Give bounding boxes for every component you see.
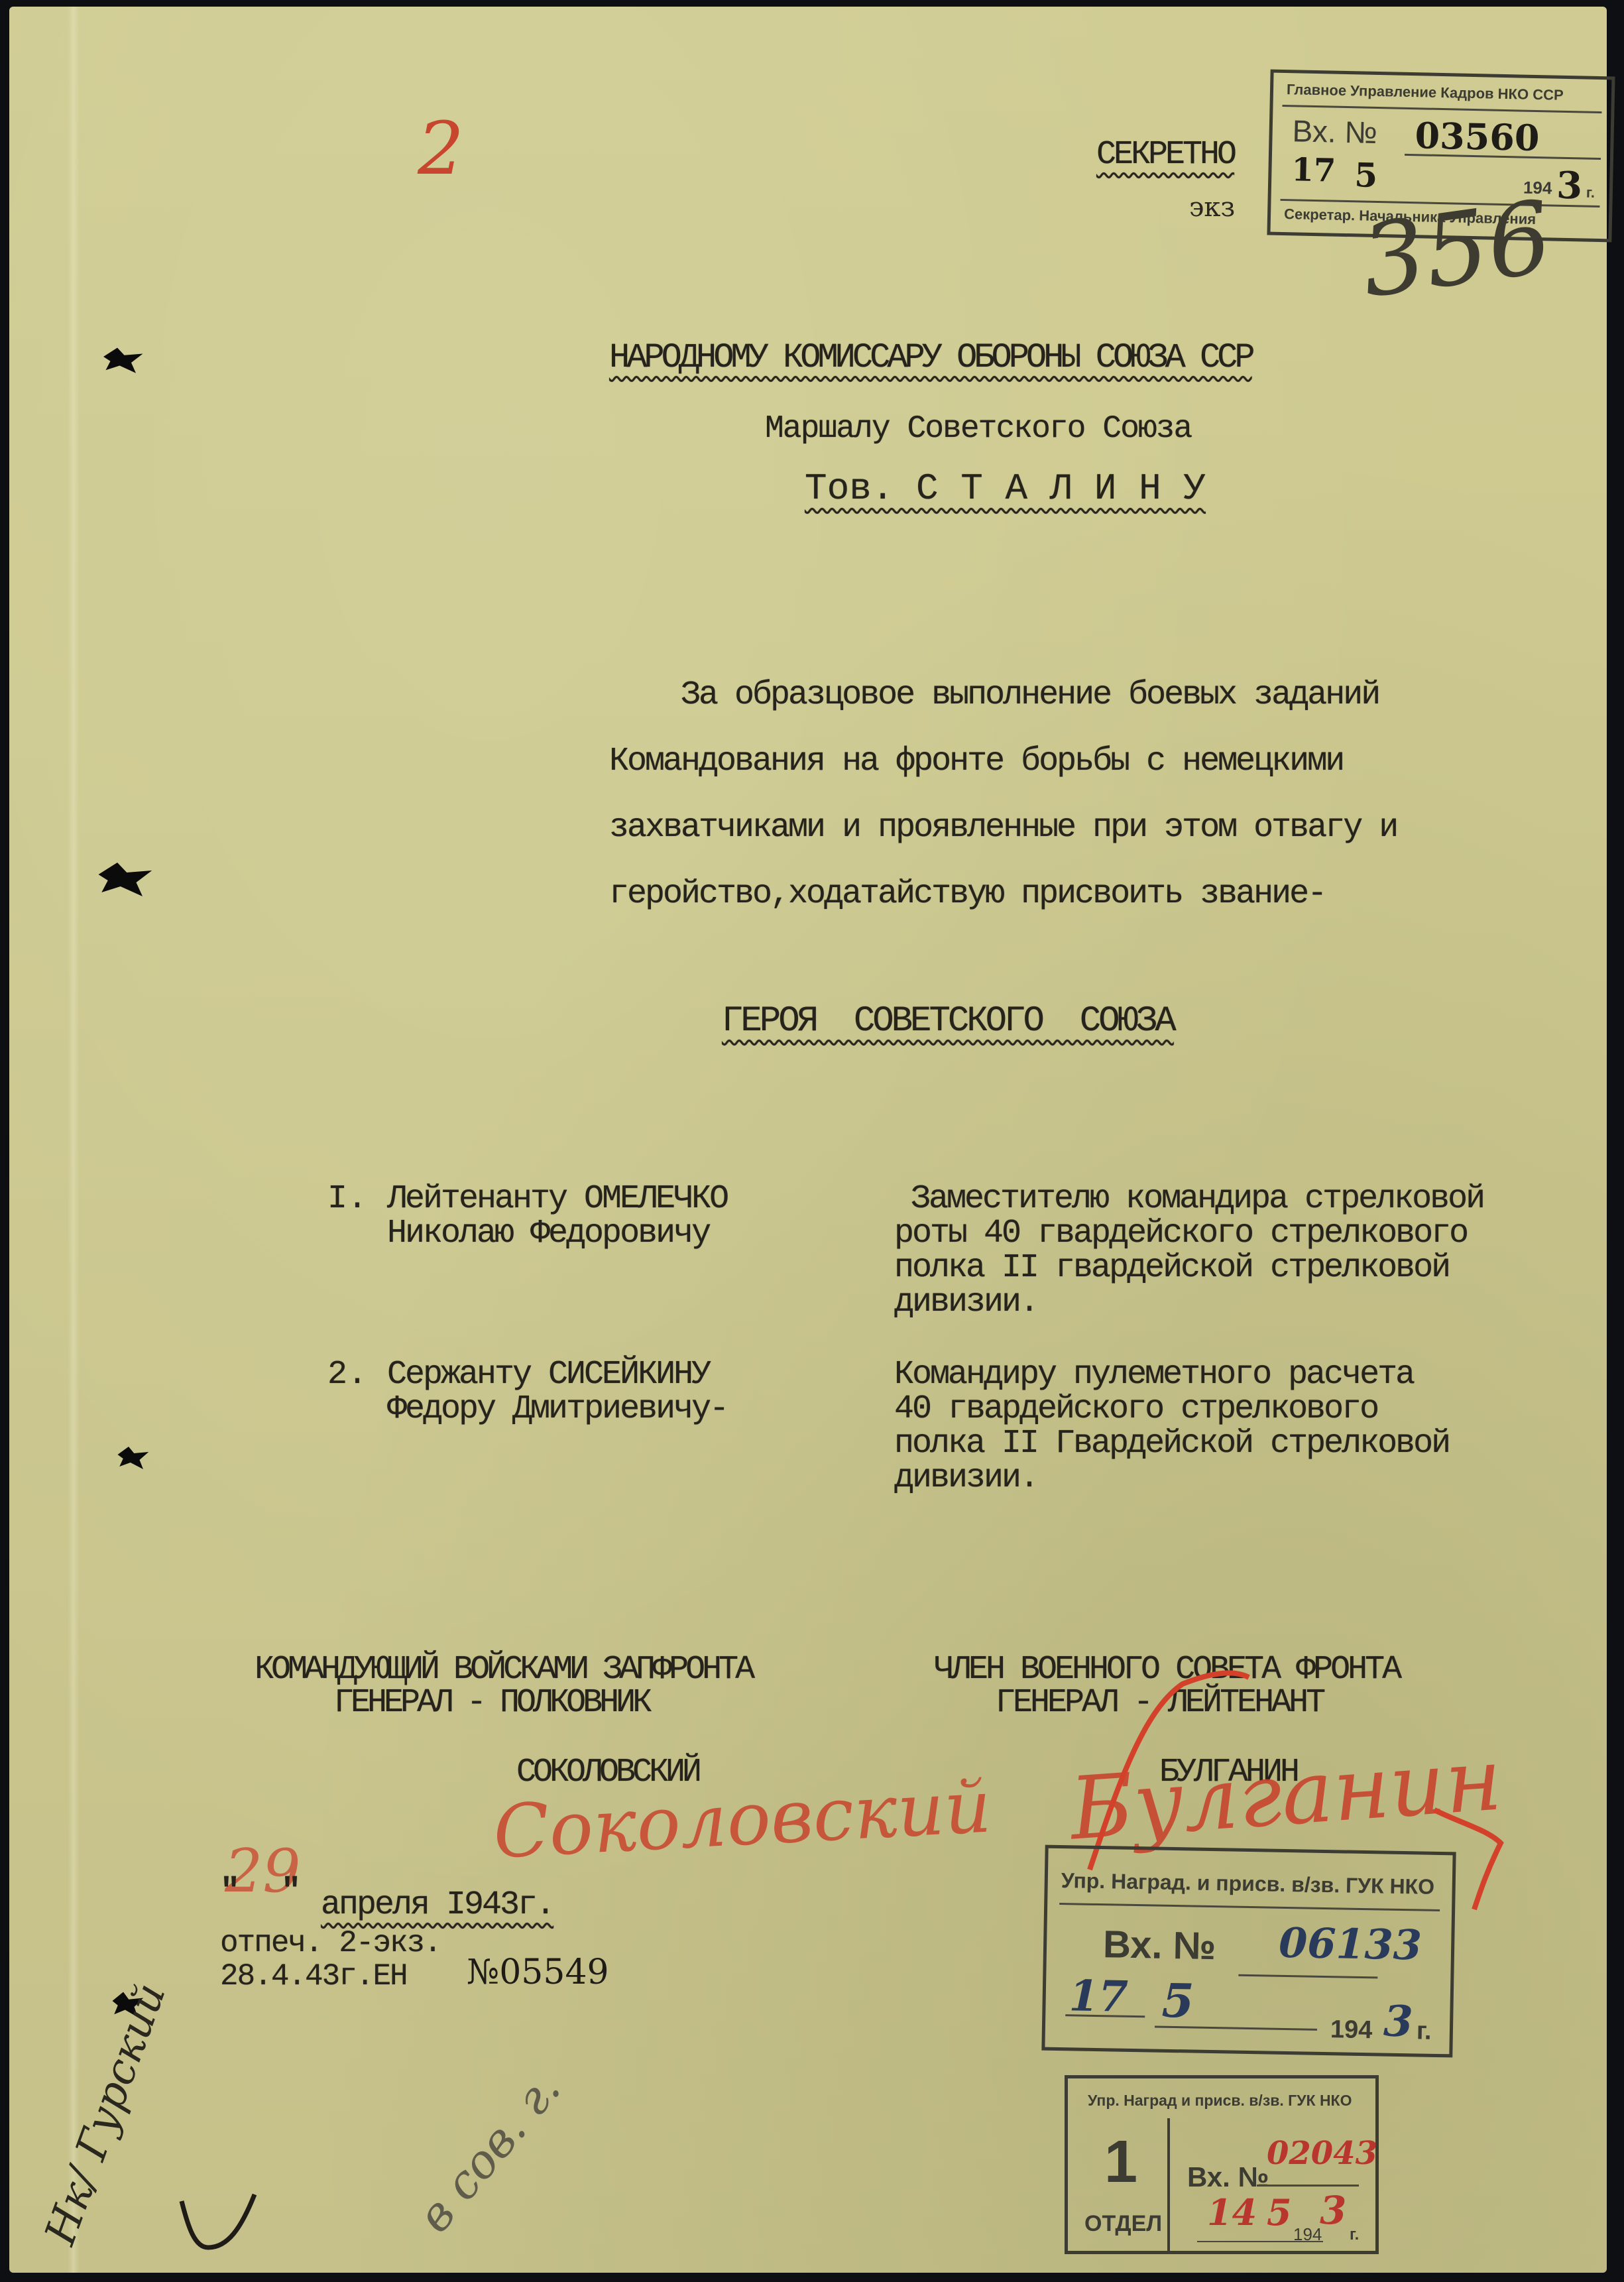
stamp-month: 5 (1161, 1973, 1194, 2029)
nominee-number: I. (327, 1180, 367, 1218)
nominee-name-line-2: Федору Дмитриевичу- (387, 1390, 727, 1428)
nominee-position: Командиру пулеметного расчета 40 гвардей… (894, 1356, 1449, 1494)
addressee-line-2: Маршалу Советского Союза (765, 411, 1191, 447)
nominee-name-line-2: Николаю Федоровичу (387, 1215, 709, 1252)
document-page: 2 СЕКРЕТНО экз Главное Управление Кадров… (9, 7, 1607, 2273)
stamp-in-no-value: 06133 (1279, 1919, 1422, 1970)
stamp-header: Упр. Наград. и присв. в/зв. ГУК НКО (1061, 1868, 1434, 1899)
body-line: геройство,ходатайствую присвоить звание- (609, 875, 1397, 941)
position-line: 40 гвардейского стрелкового (894, 1390, 1449, 1425)
stamp-year-suffix: 3 (1383, 1997, 1414, 2047)
date-quote-open: " (220, 1873, 240, 1911)
stamp-day: 14 (1207, 2191, 1257, 2234)
stamp-in-no-label: Вх. № (1292, 113, 1377, 150)
award-title: ГЕРОЯ СОВЕТСКОГО СОЮЗА (722, 1001, 1174, 1042)
position-line: полка II Гвардейской стрелковой (894, 1425, 1449, 1459)
nominee-name-line-1: Лейтенанту ОМЕЛЕЧКО (387, 1180, 727, 1218)
stamp-day: 17 (1291, 151, 1336, 189)
stamp-in-no-label: Вх. № (1103, 1922, 1216, 1968)
nominee-name-line-1: Сержанту СИСЕЙКИНУ (387, 1356, 709, 1394)
stamp-header: Упр. Наград и присв. в/зв. ГУК НКО (1088, 2092, 1352, 2110)
left-signatory-title-2: ГЕНЕРАЛ - ПОЛКОВНИК (334, 1684, 649, 1722)
stamp-in-no-label: Вх. № (1187, 2161, 1269, 2193)
stamp-year-unit: г. (1350, 2226, 1359, 2244)
typist-mark: 28.4.43г.ЕН (220, 1959, 407, 1994)
punch-hole (99, 345, 145, 375)
position-line: Заместителю командира стрелковой (911, 1180, 1483, 1215)
position-line: дивизии. (894, 1284, 1483, 1318)
copies-printed: отпеч. 2-экз. (220, 1926, 441, 1960)
position-line: Командиру пулеметного расчета (894, 1356, 1449, 1390)
margin-note-bottom: в сов. г. (407, 2062, 571, 2243)
position-line: роты 40 гвардейского стрелкового (894, 1215, 1483, 1249)
stamp-year-suffix: 3 (1556, 164, 1582, 208)
stamp-in-no-value: 02043 (1267, 2135, 1377, 2172)
punch-hole (92, 859, 155, 898)
position-line: полка II гвардейской стрелковой (894, 1249, 1483, 1284)
margin-note-hook (168, 2175, 261, 2261)
margin-note-left: Нк/ Гурский (36, 1977, 176, 2251)
stamp-dept-label: ОТДЕЛ (1084, 2211, 1162, 2237)
stamp-header: Главное Управление Кадров НКО ССР (1287, 81, 1564, 104)
copy-mark: экз (1189, 192, 1235, 223)
stamp-in-no-value: 03560 (1415, 114, 1540, 159)
punch-hole (114, 1444, 150, 1471)
nominee-position: Заместителю командира стрелковой роты 40… (911, 1180, 1483, 1318)
date-quote-close: " (281, 1873, 301, 1911)
stamp-year-unit: г. (1586, 184, 1595, 202)
addressee-line-1: НАРОДНОМУ КОМИССАРУ ОБОРОНЫ СОЮЗА ССР (609, 338, 1252, 377)
paper-fold (68, 7, 80, 2273)
left-signatory-title-1: КОМАНДУЮЩИЙ ВОЙСКАМИ ЗАПФРОНТА (255, 1651, 752, 1689)
stamp-year-unit: г. (1417, 2017, 1432, 2045)
date-month-year: апреля I943г. (321, 1886, 553, 1924)
stamp-month: 5 (1354, 155, 1378, 195)
registry-stamp-bottom: Упр. Наград и присв. в/зв. ГУК НКО 1 ОТД… (1065, 2075, 1379, 2254)
classification-label: СЕКРЕТНО (1096, 136, 1234, 174)
stamp-year-digit: 3 (1320, 2188, 1346, 2233)
position-line: дивизии. (894, 1459, 1449, 1494)
nominee-number: 2. (327, 1356, 367, 1394)
registry-stamp-middle: Упр. Наград. и присв. в/зв. ГУК НКО Вх. … (1041, 1845, 1456, 2058)
body-paragraph: За образцовое выполнение боевых заданий … (609, 676, 1397, 941)
stamp-dept-number: 1 (1104, 2128, 1137, 2196)
stamp-year-prefix: 194 (1293, 2224, 1322, 2245)
body-line: Командования на фронте борьбы с немецким… (609, 743, 1397, 809)
body-line: захватчиками и проявленные при этом отва… (609, 809, 1397, 875)
addressee-line-3: Тов. С Т А Л И Н У (805, 467, 1206, 510)
registration-number: №05549 (467, 1952, 609, 1992)
page-number-mark: 2 (418, 106, 464, 191)
stamp-month: 5 (1267, 2191, 1292, 2234)
body-line: За образцовое выполнение боевых заданий (609, 676, 1397, 743)
stamp-year-prefix: 194 (1330, 2015, 1373, 2045)
